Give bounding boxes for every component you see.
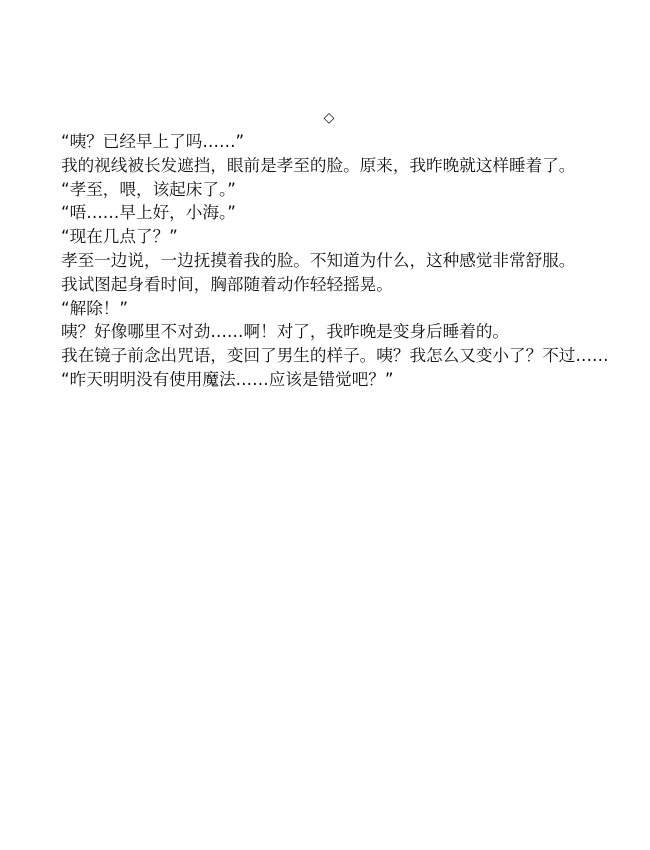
- paragraph-narration: 我的视线被长发遮挡，眼前是孝至的脸。原来，我昨晚就这样睡着了。: [61, 154, 621, 178]
- paragraph-dialogue: “咦？已经早上了吗……”: [61, 130, 621, 154]
- paragraph-dialogue: “解除！”: [61, 297, 621, 321]
- paragraph-narration: 咦？好像哪里不对劲……啊！对了，我昨晚是变身后睡着的。: [61, 320, 621, 344]
- section-separator-diamond: ◇: [0, 106, 650, 130]
- paragraph-narration: 我在镜子前念出咒语，变回了男生的样子。咦？我怎么又变小了？不过……: [61, 344, 621, 368]
- document-page: ◇ “咦？已经早上了吗……” 我的视线被长发遮挡，眼前是孝至的脸。原来，我昨晚就…: [61, 106, 621, 392]
- paragraph-dialogue: “唔……早上好，小海。”: [61, 201, 621, 225]
- paragraph-narration: 我试图起身看时间，胸部随着动作轻轻摇晃。: [61, 273, 621, 297]
- paragraph-dialogue: “孝至，喂，该起床了。”: [61, 178, 621, 202]
- paragraph-dialogue: “现在几点了？”: [61, 225, 621, 249]
- paragraph-dialogue: “昨天明明没有使用魔法……应该是错觉吧？”: [61, 368, 621, 392]
- paragraph-narration: 孝至一边说，一边抚摸着我的脸。不知道为什么，这种感觉非常舒服。: [61, 249, 621, 273]
